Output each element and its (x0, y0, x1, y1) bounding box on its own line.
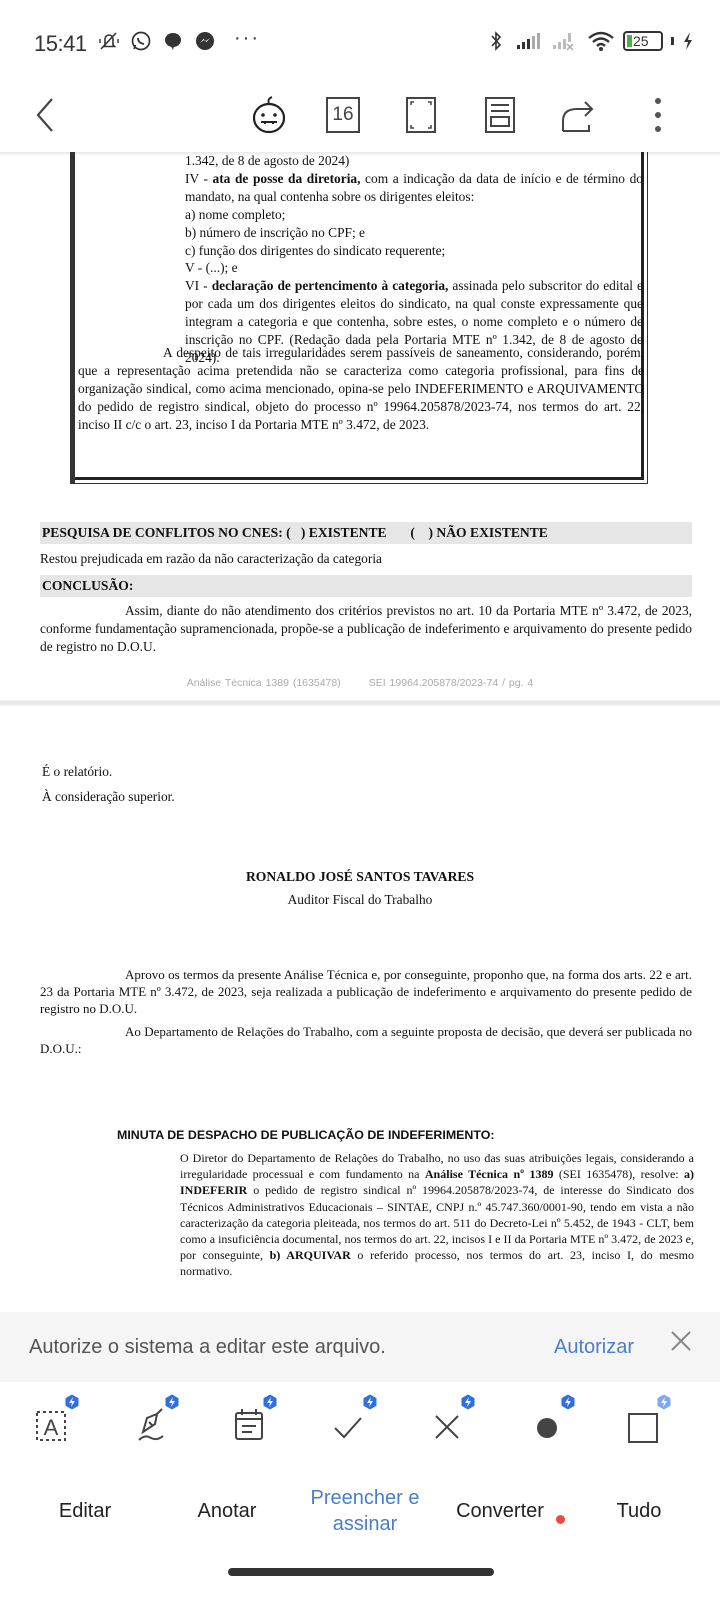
department-text: Ao Departamento de Relações do Trabalho,… (40, 1023, 692, 1057)
conflicts-text: Restou prejudicada em razão da não carac… (40, 550, 382, 568)
pro-badge-icon (656, 1394, 672, 1410)
checkmark-icon (329, 1404, 369, 1444)
battery-fill (627, 35, 632, 47)
fill-sign-tools: A (0, 1382, 720, 1462)
list-line: a) nome completo; (185, 206, 643, 224)
consideration-line: À consideração superior. (42, 788, 175, 806)
pro-badge-icon (362, 1394, 378, 1410)
share-button[interactable] (553, 90, 603, 140)
list-line-iv: IV - ata de posse da diretoria, com a in… (185, 170, 643, 206)
bottom-tabs: Editar Anotar Preencher e assinar Conver… (0, 1462, 720, 1560)
page-footer: Análise Técnica 1389 (1635478)SEI 19964.… (0, 677, 720, 689)
signer-role: Auditor Fiscal do Trabalho (0, 892, 720, 908)
reading-mode-button[interactable] (475, 90, 525, 140)
bluetooth-icon (485, 30, 507, 52)
pro-badge-icon (460, 1394, 476, 1410)
fullscreen-icon (401, 95, 441, 135)
close-banner-button[interactable] (666, 1326, 696, 1356)
pro-badge-icon (262, 1394, 278, 1410)
battery-nub (671, 37, 674, 45)
conflicts-heading: PESQUISA DE CONFLITOS NO CNES: ( ) EXIST… (40, 522, 692, 544)
home-indicator[interactable] (228, 1568, 494, 1576)
rectangle-icon (623, 1404, 663, 1444)
pro-badge-icon (164, 1394, 180, 1410)
notification-dot (556, 1515, 565, 1524)
more-options-button[interactable] (633, 90, 683, 140)
approval-text: Aprovo os termos da presente Análise Téc… (40, 966, 692, 1017)
list-line: c) função dos dirigentes do sindicato re… (185, 242, 643, 260)
back-button[interactable] (20, 90, 70, 140)
fountain-pen-icon (131, 1404, 171, 1444)
tab-converter[interactable]: Converter (440, 1462, 560, 1560)
tab-anotar[interactable]: Anotar (172, 1462, 282, 1560)
whatsapp-icon (130, 30, 152, 52)
cross-icon (427, 1404, 467, 1444)
close-icon (666, 1326, 696, 1356)
chevron-left-icon (30, 95, 60, 135)
fullscreen-button[interactable] (396, 90, 446, 140)
pro-badge-icon (560, 1394, 576, 1410)
svg-text:A: A (44, 1415, 59, 1440)
minuta-title: MINUTA DE DESPACHO DE PUBLICAÇÃO DE INDE… (117, 1128, 494, 1142)
tab-editar[interactable]: Editar (30, 1462, 140, 1560)
page-number: 16 (318, 90, 368, 140)
viewer-toolbar: 16 (0, 80, 720, 152)
dot-tool[interactable] (522, 1400, 572, 1448)
quoted-regulation-box: 1.342, de 8 de agosto de 2024) IV - ata … (70, 152, 648, 484)
chat-bubble-icon (162, 30, 184, 52)
date-tool[interactable] (224, 1400, 274, 1448)
list-line: V - (...); e (185, 259, 643, 277)
authorize-message: Autorize o sistema a editar este arquivo… (29, 1336, 386, 1359)
signer-name: RONALDO JOSÉ SANTOS TAVARES (0, 869, 720, 885)
list-line: 1.342, de 8 de agosto de 2024) (185, 152, 643, 170)
more-vert-icon (648, 95, 668, 135)
page-break (0, 700, 720, 706)
report-line: É o relatório. (42, 763, 112, 781)
messenger-icon (194, 30, 216, 52)
battery-level: 25 (633, 33, 649, 49)
reading-mode-icon (480, 95, 520, 135)
regulation-list: 1.342, de 8 de agosto de 2024) IV - ata … (185, 152, 643, 367)
signal-no-service-icon (551, 30, 579, 52)
list-line: b) número de inscrição no CPF; e (185, 224, 643, 242)
pumpkin-theme-icon (249, 95, 289, 135)
dot-icon (527, 1404, 567, 1444)
footer-sei-ref: SEI 19964.205878/2023-74 / pg. 4 (369, 677, 534, 689)
charging-icon (682, 30, 694, 52)
minuta-body: O Diretor do Departamento de Relações do… (180, 1150, 694, 1280)
rectangle-tool[interactable] (618, 1400, 668, 1448)
mute-vibrate-icon (98, 30, 120, 52)
authorize-button[interactable]: Autorizar (554, 1336, 634, 1359)
signature-tool[interactable] (126, 1400, 176, 1448)
authorize-banner: Autorize o sistema a editar este arquivo… (0, 1312, 720, 1382)
cross-tool[interactable] (422, 1400, 472, 1448)
signal-icon (515, 30, 543, 52)
tab-preencher-e-assinar[interactable]: Preencher e assinar (300, 1462, 430, 1560)
more-notifications-icon: ··· (234, 27, 260, 50)
text-box-icon: A (31, 1404, 71, 1444)
share-icon (558, 95, 598, 135)
footer-analysis-ref: Análise Técnica 1389 (1635478) (187, 677, 341, 689)
wifi-icon (587, 30, 615, 52)
status-bar: 15:41 ··· 25 (0, 0, 720, 80)
status-time: 15:41 (34, 31, 87, 57)
irregularities-paragraph: A despeito de tais irregularidades serem… (78, 344, 644, 434)
checkmark-tool[interactable] (324, 1400, 374, 1448)
conclusion-text: Assim, diante do não atendimento dos cri… (40, 602, 692, 656)
calendar-icon (229, 1404, 269, 1444)
tab-tudo[interactable]: Tudo (584, 1462, 694, 1560)
page-count-button[interactable]: 16 (318, 90, 368, 140)
theme-button[interactable] (244, 90, 294, 140)
text-box-tool[interactable]: A (26, 1400, 76, 1448)
battery-indicator: 25 (623, 31, 663, 51)
conclusion-heading: CONCLUSÃO: (40, 575, 692, 597)
document-viewer[interactable]: 1.342, de 8 de agosto de 2024) IV - ata … (0, 152, 720, 1312)
pro-badge-icon (64, 1394, 80, 1410)
